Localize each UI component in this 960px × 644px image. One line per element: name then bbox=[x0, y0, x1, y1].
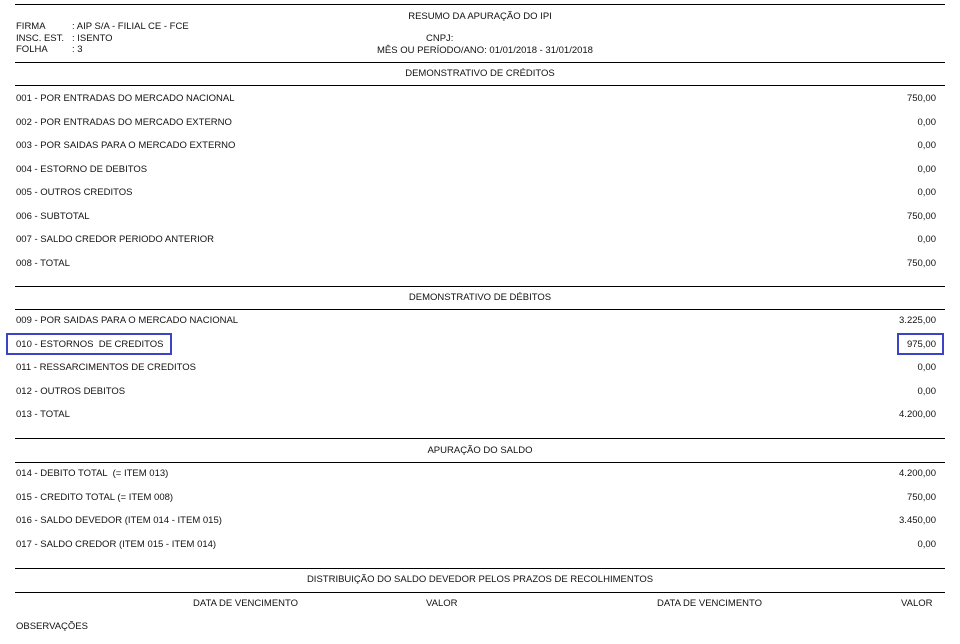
distribuicao-section-title: DISTRIBUIÇÃO DO SALDO DEVEDOR PELOS PRAZ… bbox=[15, 574, 945, 585]
row-value: 750,00 bbox=[907, 211, 936, 222]
row-value: 0,00 bbox=[918, 362, 937, 373]
row-value: 3.450,00 bbox=[899, 515, 936, 526]
row-label: 009 - POR SAIDAS PARA O MERCADO NACIONAL bbox=[16, 315, 238, 326]
row-label: 002 - POR ENTRADAS DO MERCADO EXTERNO bbox=[16, 117, 232, 128]
col-data-vencimento-2: DATA DE VENCIMENTO bbox=[657, 598, 762, 609]
row-value: 0,00 bbox=[918, 140, 937, 151]
distribuicao-top-rule bbox=[15, 568, 945, 569]
col-valor-1: VALOR bbox=[426, 598, 458, 609]
row-label: 015 - CREDITO TOTAL (= ITEM 008) bbox=[16, 492, 173, 503]
row-label: 012 - OUTROS DEBITOS bbox=[16, 386, 125, 397]
creditos-section-title: DEMONSTRATIVO DE CRÉDITOS bbox=[15, 68, 945, 79]
row-value: 3.225,00 bbox=[899, 315, 936, 326]
debitos-section-title: DEMONSTRATIVO DE DÉBITOS bbox=[15, 292, 945, 303]
row-label: 006 - SUBTOTAL bbox=[16, 211, 90, 222]
col-data-vencimento-1: DATA DE VENCIMENTO bbox=[193, 598, 298, 609]
row-value: 0,00 bbox=[918, 234, 937, 245]
saldo-section-title: APURAÇÃO DO SALDO bbox=[15, 445, 945, 456]
firma-label: FIRMA bbox=[16, 21, 72, 32]
insc-est-label: INSC. EST. bbox=[16, 33, 72, 44]
distribuicao-rule bbox=[15, 592, 945, 593]
row-label: 013 - TOTAL bbox=[16, 409, 70, 420]
header-rule bbox=[15, 62, 945, 63]
row-label: 017 - SALDO CREDOR (ITEM 015 - ITEM 014) bbox=[16, 539, 216, 550]
row-value: 0,00 bbox=[918, 117, 937, 128]
row-label: 007 - SALDO CREDOR PERIODO ANTERIOR bbox=[16, 234, 214, 245]
row-label: 003 - POR SAIDAS PARA O MERCADO EXTERNO bbox=[16, 140, 235, 151]
row-value: 750,00 bbox=[907, 93, 936, 104]
row-label: 004 - ESTORNO DE DEBITOS bbox=[16, 164, 147, 175]
top-rule bbox=[15, 4, 945, 5]
highlight-box-value bbox=[897, 333, 944, 355]
row-label: 005 - OUTROS CREDITOS bbox=[16, 187, 133, 198]
cnpj-label: CNPJ: bbox=[426, 33, 453, 44]
insc-est-value: : ISENTO bbox=[72, 33, 112, 44]
row-value: 750,00 bbox=[907, 258, 936, 269]
row-value: 4.200,00 bbox=[899, 409, 936, 420]
row-value: 0,00 bbox=[918, 386, 937, 397]
row-label: 011 - RESSARCIMENTOS DE CREDITOS bbox=[16, 362, 196, 373]
folha-value: : 3 bbox=[72, 44, 83, 55]
row-label: 014 - DEBITO TOTAL (= ITEM 013) bbox=[16, 468, 168, 479]
row-value: 0,00 bbox=[918, 539, 937, 550]
row-label: 016 - SALDO DEVEDOR (ITEM 014 - ITEM 015… bbox=[16, 515, 222, 526]
period-text: MÊS OU PERÍODO/ANO: 01/01/2018 - 31/01/2… bbox=[377, 45, 593, 56]
highlight-box-label bbox=[6, 333, 172, 355]
debitos-rule bbox=[15, 309, 945, 310]
observacoes-label: OBSERVAÇÕES bbox=[16, 621, 88, 632]
saldo-top-rule bbox=[15, 438, 945, 439]
folha-label: FOLHA bbox=[16, 44, 72, 55]
row-value: 750,00 bbox=[907, 492, 936, 503]
saldo-rule bbox=[15, 462, 945, 463]
creditos-rule bbox=[15, 85, 945, 86]
col-valor-2: VALOR bbox=[901, 598, 933, 609]
row-label: 008 - TOTAL bbox=[16, 258, 70, 269]
row-value: 0,00 bbox=[918, 164, 937, 175]
row-value: 0,00 bbox=[918, 187, 937, 198]
firma-value: : AIP S/A - FILIAL CE - FCE bbox=[72, 21, 189, 32]
debitos-top-rule bbox=[15, 286, 945, 287]
row-label: 001 - POR ENTRADAS DO MERCADO NACIONAL bbox=[16, 93, 235, 104]
row-value: 4.200,00 bbox=[899, 468, 936, 479]
